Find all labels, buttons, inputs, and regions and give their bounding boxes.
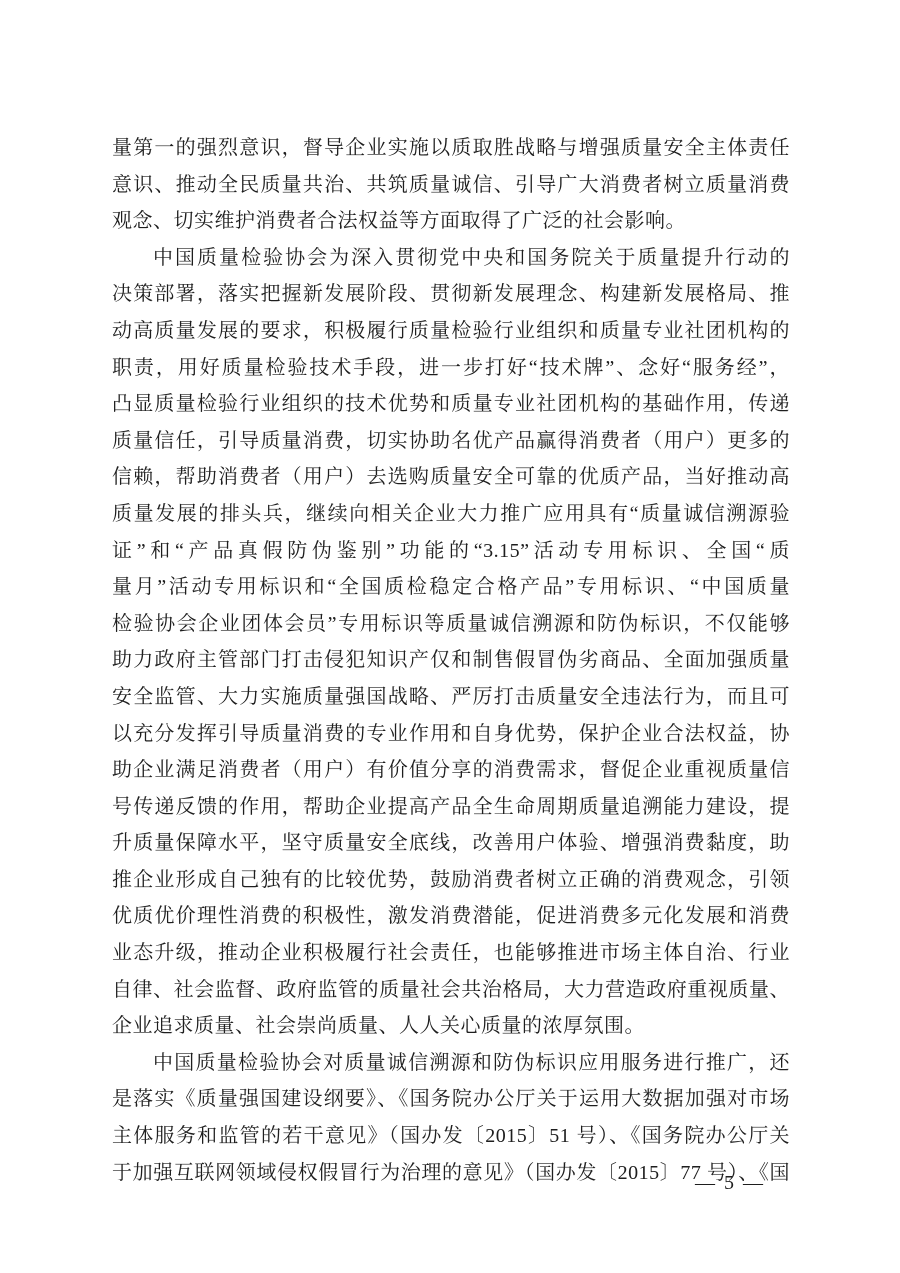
text-line: 凸显质量检验行业组织的技术优势和质量专业社团机构的基础作用，传递 — [112, 386, 790, 423]
text-line: 量月”活动专用标识和“全国质检稳定合格产品”专用标识、“中国质量 — [112, 569, 790, 606]
text-line: 助力政府主管部门打击侵犯知识产仅和制售假冒伪劣商品、全面加强质量 — [112, 642, 790, 679]
text-line: 业态升级，推动企业积极履行社会责任，也能够推进市场主体自治、行业 — [112, 935, 790, 972]
text-line: 动高质量发展的要求，积极履行质量检验行业组织和质量专业社团机构的 — [112, 313, 790, 350]
document-page: 量第一的强烈意识，督导企业实施以质取胜战略与增强质量安全主体责任 意识、推动全民… — [0, 0, 900, 1273]
text-line: 升质量保障水平，坚守质量安全底线，改善用户体验、增强消费黏度，助 — [112, 825, 790, 862]
text-line: 职责，用好质量检验技术手段，进一步打好“技术牌”、念好“服务经”， — [112, 350, 790, 387]
text-line: 是落实《质量强国建设纲要》、《国务院办公厅关于运用大数据加强对市场 — [112, 1081, 790, 1118]
text-line: 自律、社会监督、政府监管的质量社会共治格局，大力营造政府重视质量、 — [112, 972, 790, 1009]
page-number: — 5 — — [0, 1168, 765, 1198]
text-line: 以充分发挥引导质量消费的专业作用和自身优势，保护企业合法权益，协 — [112, 716, 790, 753]
text-line: 主体服务和监管的若干意见》（国办发〔2015〕51 号）、《国务院办公厅关 — [112, 1118, 790, 1155]
text-line: 决策部署，落实把握新发展阶段、贯彻新发展理念、构建新发展格局、推 — [112, 276, 790, 313]
text-line: 量第一的强烈意识，督导企业实施以质取胜战略与增强质量安全主体责任 — [112, 130, 790, 167]
text-line: 检验协会企业团体会员”专用标识等质量诚信溯源和防伪标识，不仅能够 — [112, 606, 790, 643]
text-line: 证”和“产品真假防伪鉴别”功能的“3.15”活动专用标识、全国“质 — [112, 533, 790, 570]
text-line: 安全监管、大力实施质量强国战略、严厉打击质量安全违法行为，而且可 — [112, 679, 790, 716]
text-line: 信赖，帮助消费者（用户）去选购质量安全可靠的优质产品，当好推动高 — [112, 459, 790, 496]
text-line: 企业追求质量、社会崇尚质量、人人关心质量的浓厚氛围。 — [112, 1008, 790, 1045]
body-text: 量第一的强烈意识，督导企业实施以质取胜战略与增强质量安全主体责任 意识、推动全民… — [112, 130, 790, 1191]
text-line: 中国质量检验协会对质量诚信溯源和防伪标识应用服务进行推广，还 — [112, 1045, 790, 1082]
text-line: 号传递反馈的作用，帮助企业提高产品全生命周期质量追溯能力建设，提 — [112, 789, 790, 826]
text-line: 质量信任，引导质量消费，切实协助名优产品赢得消费者（用户）更多的 — [112, 423, 790, 460]
text-line: 意识、推动全民质量共治、共筑质量诚信、引导广大消费者树立质量消费 — [112, 167, 790, 204]
text-line: 优质优价理性消费的积极性，激发消费潜能，促进消费多元化发展和消费 — [112, 898, 790, 935]
text-line: 助企业满足消费者（用户）有价值分享的消费需求，督促企业重视质量信 — [112, 752, 790, 789]
text-line: 中国质量检验协会为深入贯彻党中央和国务院关于质量提升行动的 — [112, 240, 790, 277]
text-line: 推企业形成自己独有的比较优势，鼓励消费者树立正确的消费观念，引领 — [112, 862, 790, 899]
text-line: 观念、切实维护消费者合法权益等方面取得了广泛的社会影响。 — [112, 203, 790, 240]
text-line: 质量发展的排头兵，继续向相关企业大力推广应用具有“质量诚信溯源验 — [112, 496, 790, 533]
